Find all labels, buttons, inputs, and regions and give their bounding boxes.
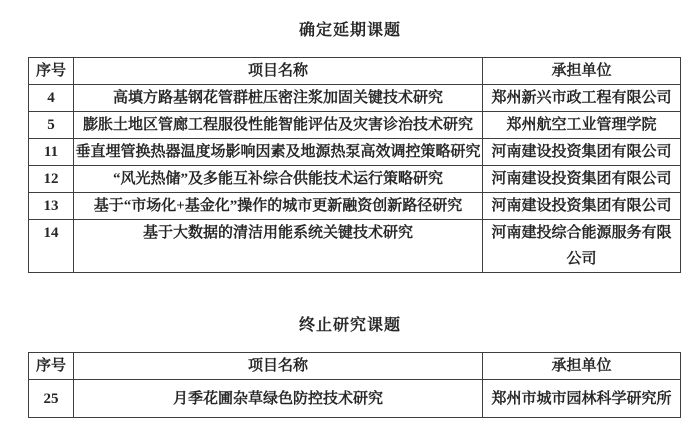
cell-unit-name: 郑州航空工业管理学院	[483, 112, 681, 139]
column-header-no: 序号	[29, 58, 74, 85]
column-header-unit: 承担单位	[483, 353, 681, 380]
cell-project-name: “风光热储”及多能互补综合供能技术运行策略研究	[74, 166, 483, 193]
cell-unit-name: 郑州新兴市政工程有限公司	[483, 85, 681, 112]
postponed-projects-table: 序号 项目名称 承担单位 4 高填方路基钢花管群桩压密注浆加固关键技术研究 郑州…	[28, 57, 681, 273]
cell-unit-name: 河南建投综合能源服务有限公司	[483, 220, 681, 273]
cell-project-name: 基于大数据的清洁用能系统关键技术研究	[74, 220, 483, 273]
terminated-section-title: 终止研究课题	[0, 316, 700, 336]
table-row: 11 垂直埋管换热器温度场影响因素及地源热泵高效调控策略研究 河南建设投资集团有…	[29, 139, 681, 166]
table-row: 14 基于大数据的清洁用能系统关键技术研究 河南建投综合能源服务有限公司	[29, 220, 681, 273]
cell-project-name: 基于“市场化+基金化”操作的城市更新融资创新路径研究	[74, 193, 483, 220]
postponed-table-body: 4 高填方路基钢花管群桩压密注浆加固关键技术研究 郑州新兴市政工程有限公司 5 …	[29, 85, 681, 273]
cell-serial-number: 25	[29, 380, 74, 418]
section-terminated: 终止研究课题 序号 项目名称 承担单位 25 月季花圃杂草绿色防控技术研究 郑	[0, 316, 700, 418]
cell-serial-number: 11	[29, 139, 74, 166]
header-row: 序号 项目名称 承担单位	[29, 353, 681, 380]
postponed-section-title: 确定延期课题	[0, 21, 700, 41]
column-header-project: 项目名称	[74, 353, 483, 380]
cell-serial-number: 13	[29, 193, 74, 220]
table-row: 25 月季花圃杂草绿色防控技术研究 郑州市城市园林科学研究所	[29, 380, 681, 418]
table-row: 13 基于“市场化+基金化”操作的城市更新融资创新路径研究 河南建设投资集团有限…	[29, 193, 681, 220]
table-row: 4 高填方路基钢花管群桩压密注浆加固关键技术研究 郑州新兴市政工程有限公司	[29, 85, 681, 112]
cell-project-name: 月季花圃杂草绿色防控技术研究	[74, 380, 483, 418]
table-row: 5 膨胀土地区管廊工程服役性能智能评估及灾害诊治技术研究 郑州航空工业管理学院	[29, 112, 681, 139]
column-header-unit: 承担单位	[483, 58, 681, 85]
cell-project-name: 高填方路基钢花管群桩压密注浆加固关键技术研究	[74, 85, 483, 112]
cell-serial-number: 12	[29, 166, 74, 193]
cell-project-name: 膨胀土地区管廊工程服役性能智能评估及灾害诊治技术研究	[74, 112, 483, 139]
cell-project-name: 垂直埋管换热器温度场影响因素及地源热泵高效调控策略研究	[74, 139, 483, 166]
cell-unit-name: 河南建设投资集团有限公司	[483, 193, 681, 220]
section-postponed: 确定延期课题 序号 项目名称 承担单位 4 高填方路基钢花管群桩压密注浆加固关键…	[0, 21, 700, 273]
postponed-table-header: 序号 项目名称 承担单位	[29, 58, 681, 85]
cell-serial-number: 5	[29, 112, 74, 139]
cell-unit-name: 河南建设投资集团有限公司	[483, 166, 681, 193]
table-row: 12 “风光热储”及多能互补综合供能技术运行策略研究 河南建设投资集团有限公司	[29, 166, 681, 193]
column-header-no: 序号	[29, 353, 74, 380]
terminated-table-body: 25 月季花圃杂草绿色防控技术研究 郑州市城市园林科学研究所	[29, 380, 681, 418]
cell-serial-number: 14	[29, 220, 74, 273]
header-row: 序号 项目名称 承担单位	[29, 58, 681, 85]
column-header-project: 项目名称	[74, 58, 483, 85]
cell-unit-name: 河南建设投资集团有限公司	[483, 139, 681, 166]
cell-serial-number: 4	[29, 85, 74, 112]
cell-unit-name: 郑州市城市园林科学研究所	[483, 380, 681, 418]
terminated-projects-table: 序号 项目名称 承担单位 25 月季花圃杂草绿色防控技术研究 郑州市城市园林科学…	[28, 352, 681, 418]
document-page: 确定延期课题 序号 项目名称 承担单位 4 高填方路基钢花管群桩压密注浆加固关键…	[0, 21, 700, 418]
terminated-table-header: 序号 项目名称 承担单位	[29, 353, 681, 380]
